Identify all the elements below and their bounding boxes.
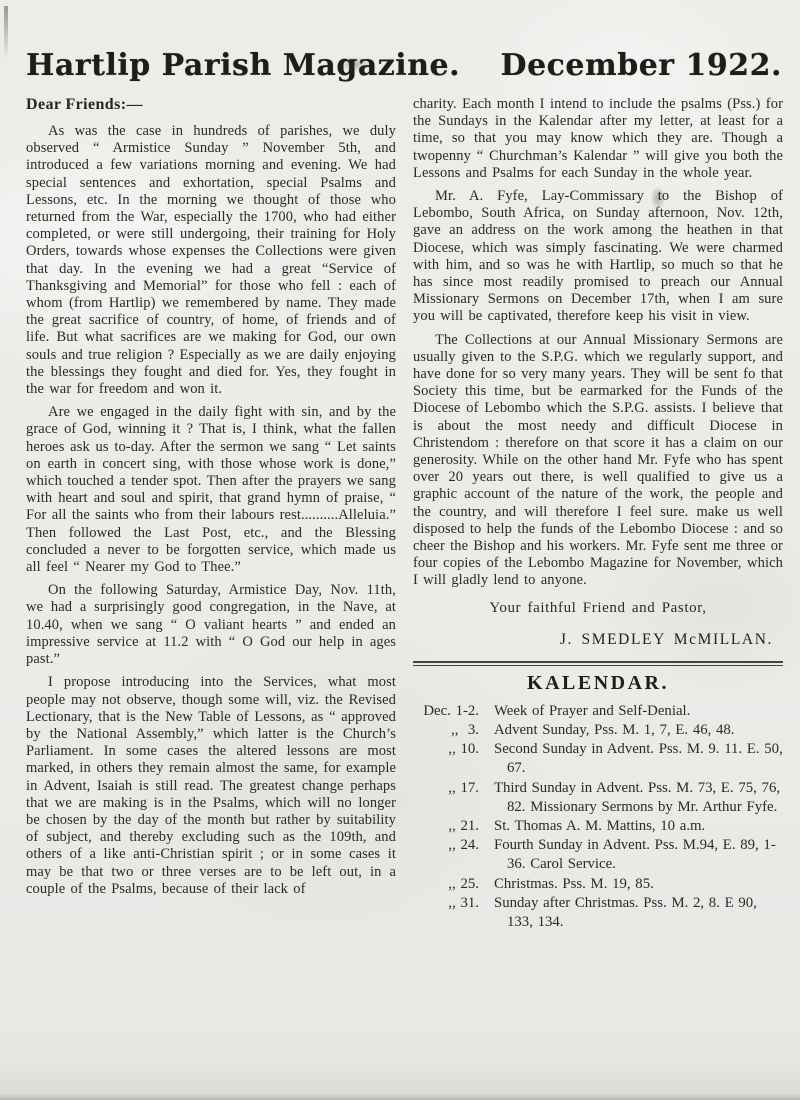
kalendar-entry-date: Dec. 1-2. (413, 702, 479, 721)
magazine-title: Hartlip Parish Magazine. (26, 48, 460, 83)
kalendar-entry-text: St. Thomas A. M. Mattins, 10 a.m. (494, 817, 705, 836)
letter-paragraph: Are we engaged in the daily fight with s… (26, 404, 396, 576)
kalendar-entry: ,, 25. Christmas. Pss. M. 19, 85. (413, 875, 783, 894)
kalendar-entry: Dec. 1-2. Week of Prayer and Self-Denial… (413, 702, 783, 721)
kalendar-entry-date: ,, 21. (413, 817, 479, 836)
left-column: Dear Friends:— As was the case in hundre… (26, 96, 396, 932)
kalendar-list: Dec. 1-2. Week of Prayer and Self-Denial… (413, 702, 783, 932)
kalendar-entry-text: Christmas. Pss. M. 19, 85. (494, 875, 654, 894)
kalendar-entry: ,, 10. Second Sunday in Advent. Pss. M. … (413, 740, 783, 778)
kalendar-entry-date: ,, 3. (413, 721, 479, 740)
kalendar-entry-text: Week of Prayer and Self-Denial. (494, 702, 690, 721)
kalendar-entry-text: Second Sunday in Advent. Pss. M. 9. 11. … (494, 740, 783, 778)
kalendar-title: KALENDAR. (413, 672, 783, 695)
valediction: Your faithful Friend and Pastor, (413, 600, 783, 617)
kalendar-entry-date: ,, 24. (413, 836, 479, 874)
kalendar-entry-date: ,, 10. (413, 740, 479, 778)
issue-date: December 1922. (501, 48, 782, 83)
scanned-magazine-page: Hartlip Parish Magazine. December 1922. … (0, 0, 800, 1100)
letter-paragraph: I propose introducing into the Services,… (26, 674, 396, 898)
masthead: Hartlip Parish Magazine. December 1922. (0, 0, 800, 83)
kalendar-entry-text: Fourth Sunday in Advent. Pss. M.94, E. 8… (494, 836, 783, 874)
kalendar-entry-date: ,, 17. (413, 779, 479, 817)
kalendar-entry-date: ,, 25. (413, 875, 479, 894)
kalendar-entry: ,, 17. Third Sunday in Advent. Pss. M. 7… (413, 779, 783, 817)
right-column: charity. Each month I intend to include … (413, 96, 783, 932)
kalendar-entry-date: ,, 31. (413, 894, 479, 932)
signature: J. SMEDLEY McMILLAN. (413, 631, 773, 649)
letter-paragraph: As was the case in hundreds of parishes,… (26, 123, 396, 398)
kalendar-entry-text: Advent Sunday, Pss. M. 1, 7, E. 46, 48. (494, 721, 735, 740)
letter-body: Dear Friends:— As was the case in hundre… (0, 83, 800, 932)
letter-paragraph: charity. Each month I intend to include … (413, 96, 783, 182)
kalendar-entry-text: Sunday after Christmas. Pss. M. 2, 8. E … (494, 894, 783, 932)
kalendar-entry: ,, 24. Fourth Sunday in Advent. Pss. M.9… (413, 836, 783, 874)
section-divider (413, 661, 783, 666)
kalendar-entry: ,, 21. St. Thomas A. M. Mattins, 10 a.m. (413, 817, 783, 836)
kalendar-entry-text: Third Sunday in Advent. Pss. M. 73, E. 7… (494, 779, 783, 817)
kalendar-entry: ,, 31. Sunday after Christmas. Pss. M. 2… (413, 894, 783, 932)
letter-paragraph: The Collections at our Annual Missionary… (413, 332, 783, 590)
salutation: Dear Friends:— (26, 96, 396, 114)
kalendar-entry: ,, 3. Advent Sunday, Pss. M. 1, 7, E. 46… (413, 721, 783, 740)
letter-paragraph: On the following Saturday, Armistice Day… (26, 582, 396, 668)
letter-paragraph: Mr. A. Fyfe, Lay-Commissary to the Bisho… (413, 188, 783, 326)
